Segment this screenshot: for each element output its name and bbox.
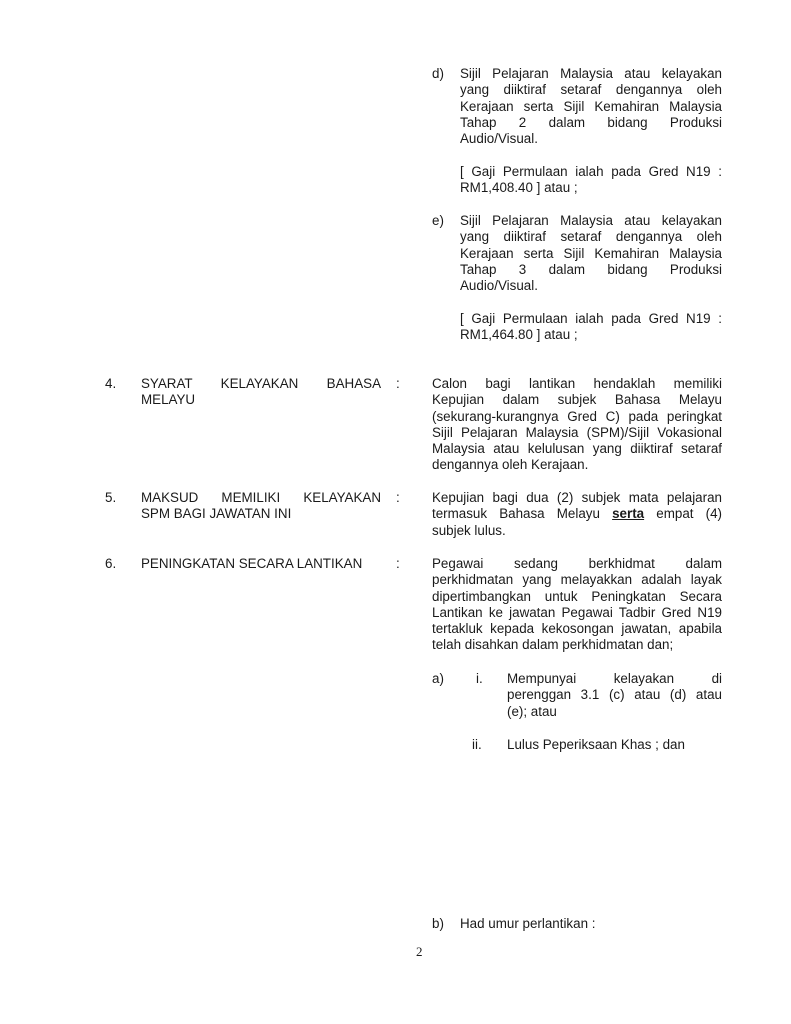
- section-4-body: Calon bagi lantikan hendaklah memiliki K…: [432, 376, 722, 474]
- section-6-a-marker: a): [432, 671, 444, 687]
- option-e-text: Sijil Pelajaran Malaysia atau kelayakan …: [460, 213, 722, 294]
- section-4-number: 4.: [105, 376, 116, 392]
- section-4-title: SYARAT KELAYAKAN BAHASA MELAYU: [141, 376, 381, 409]
- option-d-text: Sijil Pelajaran Malaysia atau kelayakan …: [460, 66, 722, 147]
- section-6-a-i-text: Mempunyai kelayakan di perenggan 3.1 (c)…: [507, 671, 722, 720]
- section-4-colon: :: [396, 376, 400, 392]
- section-6-b-marker: b): [432, 916, 444, 932]
- section-5-title: MAKSUD MEMILIKI KELAYAKAN SPM BAGI JAWAT…: [141, 490, 381, 523]
- section-5-body: Kepujian bagi dua (2) subjek mata pelaja…: [432, 490, 722, 539]
- section-6-body: Pegawai sedang berkhidmat dalam perkhidm…: [432, 556, 722, 654]
- section-5-colon: :: [396, 490, 400, 506]
- section-5-body-line2: termasuk Bahasa Melayu serta empat (4): [432, 506, 722, 522]
- section-5-number: 5.: [105, 490, 116, 506]
- option-e-marker: e): [432, 213, 444, 229]
- option-d-marker: d): [432, 66, 444, 82]
- section-6-b-text: Had umur perlantikan :: [460, 916, 595, 932]
- section-6-title: PENINGKATAN SECARA LANTIKAN: [141, 556, 386, 572]
- section-6-a-i-marker: i.: [476, 671, 483, 687]
- section-6-a-ii-marker: ii.: [472, 737, 482, 753]
- emphasis-serta: serta: [612, 506, 644, 521]
- section-6-a-ii-text: Lulus Peperiksaan Khas ; dan: [507, 737, 722, 753]
- section-6-colon: :: [396, 556, 400, 572]
- option-e-salary: [ Gaji Permulaan ialah pada Gred N19 : R…: [460, 311, 722, 344]
- page-number: 2: [416, 944, 423, 960]
- section-6-number: 6.: [105, 556, 116, 572]
- option-d-salary: [ Gaji Permulaan ialah pada Gred N19 : R…: [460, 164, 722, 197]
